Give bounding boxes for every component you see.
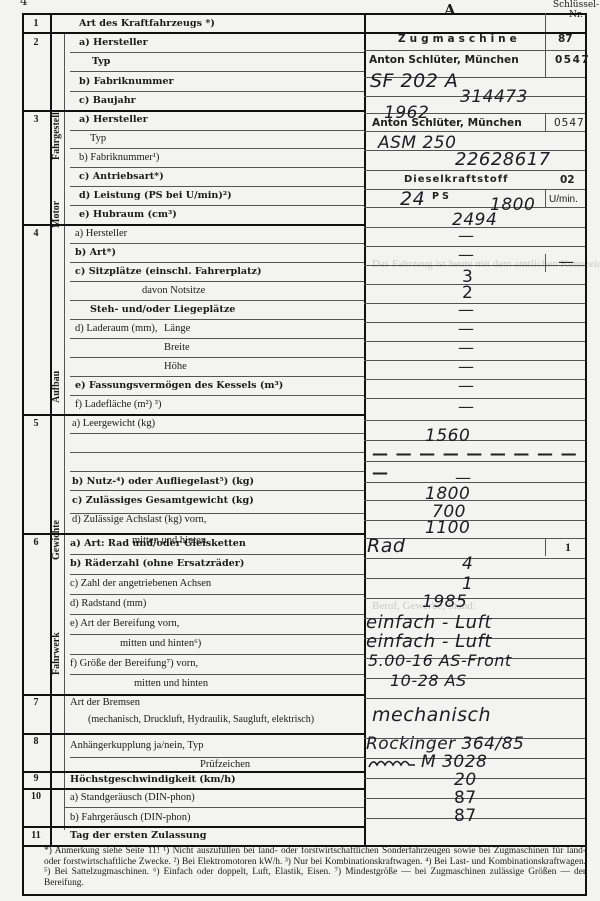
- max-speed-value[interactable]: 20: [454, 770, 477, 790]
- chassis-type-label: Typ: [92, 56, 110, 67]
- driving-noise-label: b) Fahrgeräusch (DIN-phon): [70, 812, 191, 823]
- trailer-coupling-label: Anhängerkupplung ja/nein, Typ: [70, 740, 204, 751]
- chassis-type-value[interactable]: SF 202 A: [370, 70, 458, 92]
- vehicle-type-label: Art des Kraftfahrzeugs *): [79, 18, 215, 29]
- seats-label: c) Sitzplätze (einschl. Fahrerplatz): [75, 266, 262, 277]
- body-manufacturer-value[interactable]: —: [458, 226, 474, 245]
- test-mark-value[interactable]: M 3028: [421, 752, 487, 772]
- standing-places-label: Steh- und/oder Liegeplätze: [90, 304, 235, 315]
- first-registration-label: Tag der ersten Zulassung: [70, 830, 206, 841]
- vehicle-type-key[interactable]: 87: [558, 33, 573, 45]
- chassis-serial-label: b) Fabriknummer: [79, 76, 174, 87]
- cargo-height-label: Höhe: [164, 361, 187, 372]
- trailer-coupling-value[interactable]: Rockinger 364/85: [366, 734, 524, 754]
- row-number-6: 6: [22, 537, 50, 548]
- tyre-size-rear-value[interactable]: 10-28 AS: [390, 671, 467, 690]
- chassis-year-label: c) Baujahr: [79, 95, 136, 106]
- engine-type-value[interactable]: ASM 250: [378, 133, 456, 153]
- tyre-type-front-value[interactable]: einfach - Luft: [366, 612, 492, 633]
- test-mark-label: Prüfzeichen: [200, 759, 250, 770]
- engine-manufacturer-value[interactable]: Anton Schlüter, München: [372, 117, 522, 129]
- sheet-letter: A: [444, 1, 456, 19]
- chassis-manufacturer-value[interactable]: Anton Schlüter, München: [369, 54, 519, 66]
- row-number-8: 8: [22, 736, 50, 747]
- page-number: 4: [20, 0, 28, 8]
- chassis-serial-value[interactable]: 314473: [460, 87, 528, 107]
- axle-load-front-label: d) Zulässige Achslast (kg) vorn,: [72, 514, 206, 525]
- standing-places-value[interactable]: —: [458, 300, 474, 319]
- wheelbase-label: d) Radstand (mm): [70, 598, 146, 609]
- body-type-label: b) Art*): [75, 247, 116, 258]
- row-number-5: 5: [22, 418, 50, 429]
- loading-area-label: f) Ladefläche (m²) ³): [75, 399, 161, 410]
- wheel-type-key[interactable]: 1: [565, 540, 571, 555]
- struck-through-line: — — — — — — — — — —: [372, 444, 600, 482]
- tyre-type-rear-value[interactable]: einfach - Luft: [366, 631, 492, 652]
- section-chassis: Fahrgestell: [51, 100, 65, 160]
- emergency-seats-label: davon Notsitze: [142, 285, 205, 296]
- test-mark-wave-icon: [368, 755, 416, 769]
- tyre-size-front-value[interactable]: 5.00-16 AS-Front: [368, 651, 512, 670]
- engine-power-label: d) Leistung (PS bei U/min)²): [79, 190, 232, 201]
- row-number-1: 1: [22, 18, 50, 29]
- row-number-4: 4: [22, 228, 50, 239]
- engine-rpm-unit: U/min.: [549, 194, 578, 205]
- chassis-manufacturer-key[interactable]: 0547: [555, 54, 590, 66]
- row-number-2: 2: [22, 37, 50, 48]
- brakes-options-label: (mechanisch, Druckluft, Hydraulik, Saugl…: [88, 714, 314, 725]
- wheel-count-value[interactable]: 4: [462, 554, 473, 574]
- tyre-type-front-label: e) Art der Bereifung vorn,: [70, 618, 179, 629]
- engine-serial-value[interactable]: 22628617: [455, 149, 551, 170]
- brakes-value[interactable]: mechanisch: [372, 704, 491, 726]
- engine-serial-label: b) Fabriknummer¹): [79, 152, 159, 163]
- tank-capacity-label: e) Fassungsvermögen des Kessels (m³): [75, 380, 283, 391]
- engine-power-ps-value[interactable]: 24: [400, 188, 425, 210]
- engine-displacement-label: e) Hubraum (cm³): [79, 209, 177, 220]
- tyre-size-front-label: f) Größe der Bereifung⁷) vorn,: [70, 658, 198, 669]
- driven-axles-value[interactable]: 1: [462, 574, 473, 594]
- brakes-label: Art der Bremsen: [70, 697, 140, 708]
- wheelbase-value[interactable]: 1985: [422, 592, 467, 612]
- axle-load-rear-value[interactable]: 1100: [425, 518, 470, 538]
- max-speed-label: Höchstgeschwindigkeit (km/h): [70, 774, 236, 785]
- wheel-type-value[interactable]: Rad: [367, 535, 405, 557]
- row-number-10: 10: [22, 791, 50, 802]
- body-manufacturer-label: a) Hersteller: [75, 228, 127, 239]
- engine-type-label: Typ: [90, 133, 106, 144]
- vehicle-type-value[interactable]: Zugmaschine: [398, 33, 521, 45]
- empty-weight-value[interactable]: 1560: [425, 426, 470, 446]
- cargo-height-value[interactable]: —: [458, 357, 474, 376]
- engine-fuel-label: c) Antriebsart*): [79, 171, 164, 182]
- section-body: Aufbau: [51, 343, 65, 403]
- engine-power-ps-unit: PS: [432, 191, 452, 202]
- engine-fuel-value[interactable]: Dieselkraftstoff: [404, 174, 508, 185]
- engine-manufacturer-label: a) Hersteller: [79, 114, 148, 125]
- engine-fuel-key[interactable]: 02: [560, 174, 575, 186]
- tyre-type-rear-label: mitten und hinten⁶): [120, 638, 201, 649]
- empty-weight-label: a) Leergewicht (kg): [72, 418, 155, 429]
- body-type-value[interactable]: —: [458, 245, 474, 264]
- row-number-11: 11: [22, 830, 50, 841]
- section-running-gear: Fahrwerk: [51, 615, 65, 675]
- row-number-3: 3: [22, 114, 50, 125]
- section-engine: Motor: [51, 188, 65, 228]
- loading-area-value[interactable]: —: [458, 397, 474, 416]
- tank-capacity-value[interactable]: —: [458, 376, 474, 395]
- cargo-length-value[interactable]: —: [458, 319, 474, 338]
- chassis-manufacturer-label: a) Hersteller: [79, 37, 148, 48]
- cargo-width-label: Breite: [164, 342, 190, 353]
- gross-weight-value[interactable]: 1800: [425, 484, 470, 504]
- driven-axles-label: c) Zahl der angetriebenen Achsen: [70, 578, 211, 589]
- engine-manufacturer-key[interactable]: 0547: [554, 117, 585, 129]
- stationary-noise-value[interactable]: 87: [454, 788, 477, 808]
- gross-weight-label: c) Zulässiges Gesamtgewicht (kg): [72, 495, 254, 506]
- tyre-size-rear-label: mitten und hinten: [134, 678, 208, 689]
- driving-noise-value[interactable]: 87: [454, 806, 477, 826]
- key-number-header: Schlüssel- Nr.: [548, 0, 600, 20]
- cargo-space-label: d) Laderaum (mm),: [75, 323, 158, 334]
- cargo-width-value[interactable]: —: [458, 338, 474, 357]
- section-weights: Gewichte: [51, 500, 65, 560]
- wheel-count-label: b) Räderzahl (ohne Ersatzräder): [70, 558, 244, 569]
- wheel-type-label: a) Art: Rad und/oder Gleisketten: [70, 538, 246, 549]
- row-number-7: 7: [22, 697, 50, 708]
- row-number-9: 9: [22, 773, 50, 784]
- footnotes: *) Anmerkung siehe Seite 11! ¹) Nicht au…: [44, 846, 586, 888]
- payload-label: b) Nutz-⁴) oder Aufliegelast⁵) (kg): [72, 476, 254, 487]
- body-type-key[interactable]: —: [558, 252, 574, 271]
- cargo-length-label: Länge: [164, 323, 190, 334]
- stationary-noise-label: a) Standgeräusch (DIN-phon): [70, 792, 195, 803]
